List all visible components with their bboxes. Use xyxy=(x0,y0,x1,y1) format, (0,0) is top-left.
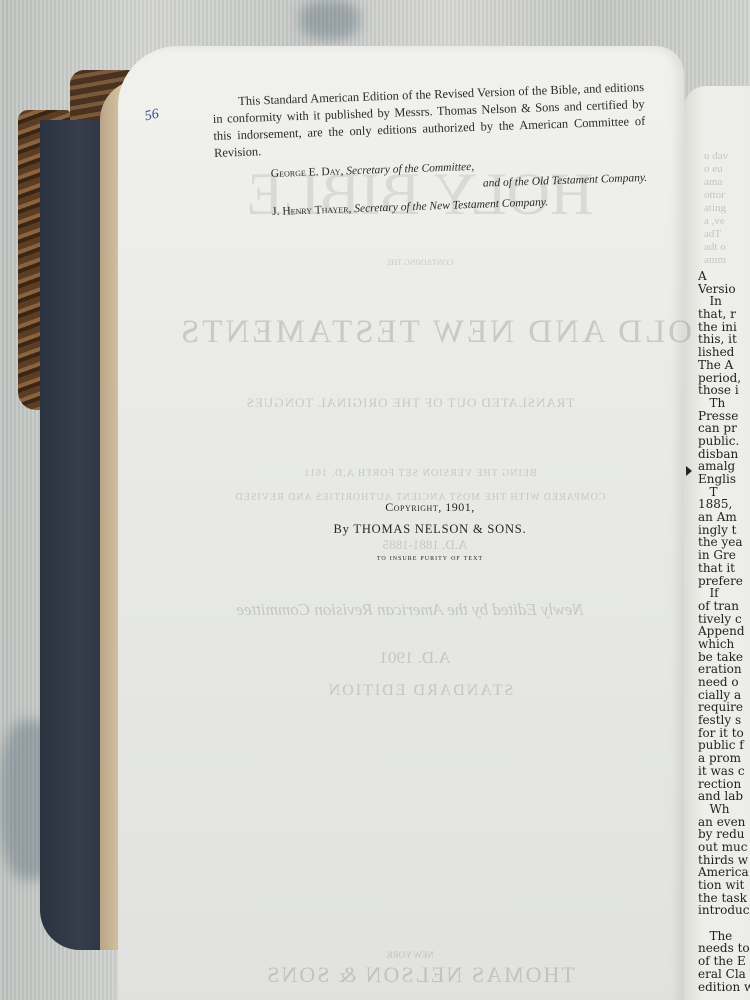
right-page-line: The A xyxy=(698,359,750,372)
bleed-being: BEING THE VERSION SET FORTH A.D. 1611 xyxy=(260,468,580,479)
bleed-edition: STANDARD EDITION xyxy=(290,682,550,700)
right-page-line: of the E xyxy=(698,955,750,968)
right-page-line xyxy=(698,917,750,930)
right-page-line: a prom xyxy=(698,752,750,765)
right-page-line: tion wit xyxy=(698,879,750,892)
bleed-ad: A.D. 1901 xyxy=(360,648,470,668)
right-page-line: that, r xyxy=(698,308,750,321)
right-page-line: lished xyxy=(698,346,750,359)
pencil-mark: 56 xyxy=(143,107,160,126)
right-page-line: Th xyxy=(698,397,750,410)
right-page-line: in Gre xyxy=(698,549,750,562)
right-page-line: public. xyxy=(698,435,750,448)
signatory-role: Secretary of the Committee, xyxy=(346,161,474,177)
copyright-line: Copyright, 1901, xyxy=(300,500,560,515)
bleed-containing: CONTAINING THE xyxy=(300,258,540,267)
right-page-line: which xyxy=(698,638,750,651)
right-page-line: out muc xyxy=(698,841,750,854)
bleed-publisher: THOMAS NELSON & SONS xyxy=(230,962,610,988)
purity-line: to insure purity of text xyxy=(300,553,560,562)
signatory-name: George E. Day, xyxy=(271,165,344,180)
right-page-line: Wh xyxy=(698,803,750,816)
right-page-line: an Am xyxy=(698,511,750,524)
bleed-testaments: OLD AND NEW TESTAMENTS xyxy=(120,314,750,351)
right-page-line: of tran xyxy=(698,600,750,613)
right-page-line: If xyxy=(698,587,750,600)
signatory-role: Secretary of the New Testament Company. xyxy=(354,196,548,215)
signatory-name: J. Henry Thayer, xyxy=(272,203,352,218)
bleed-years: A.D. 1881-1885 xyxy=(340,537,510,553)
right-page-line: it was c xyxy=(698,765,750,778)
right-page-line: need o xyxy=(698,676,750,689)
notice-paragraph: This Standard American Edition of the Re… xyxy=(212,79,646,162)
right-page-line: introduc xyxy=(698,904,750,917)
right-page-line: festly s xyxy=(698,714,750,727)
right-page-line: that it xyxy=(698,562,750,575)
bleed-city: NEW YORK xyxy=(360,950,460,960)
right-page-text: AVersio Inthat, rthe inithis, itlishedTh… xyxy=(698,270,750,993)
right-page-line: edition w xyxy=(698,981,750,994)
indorsement-notice: This Standard American Edition of the Re… xyxy=(212,79,648,223)
right-page-line: Englis xyxy=(698,473,750,486)
bleed-translated: TRANSLATED OUT OF THE ORIGINAL TONGUES xyxy=(190,395,630,411)
right-page-line: eral Cla xyxy=(698,968,750,981)
bleed-newly: Newly Edited by the American Revision Co… xyxy=(200,600,620,620)
right-page-line: those i xyxy=(698,384,750,397)
publisher-line: By THOMAS NELSON & SONS. xyxy=(300,522,560,537)
right-page-bleed: u davo euamaottoratinga ,veadTadt oamm xyxy=(704,150,750,267)
right-page-line: A xyxy=(698,270,750,283)
margin-marker-icon xyxy=(686,466,692,476)
cloth-stain xyxy=(300,0,360,40)
right-page-line: and lab xyxy=(698,790,750,803)
